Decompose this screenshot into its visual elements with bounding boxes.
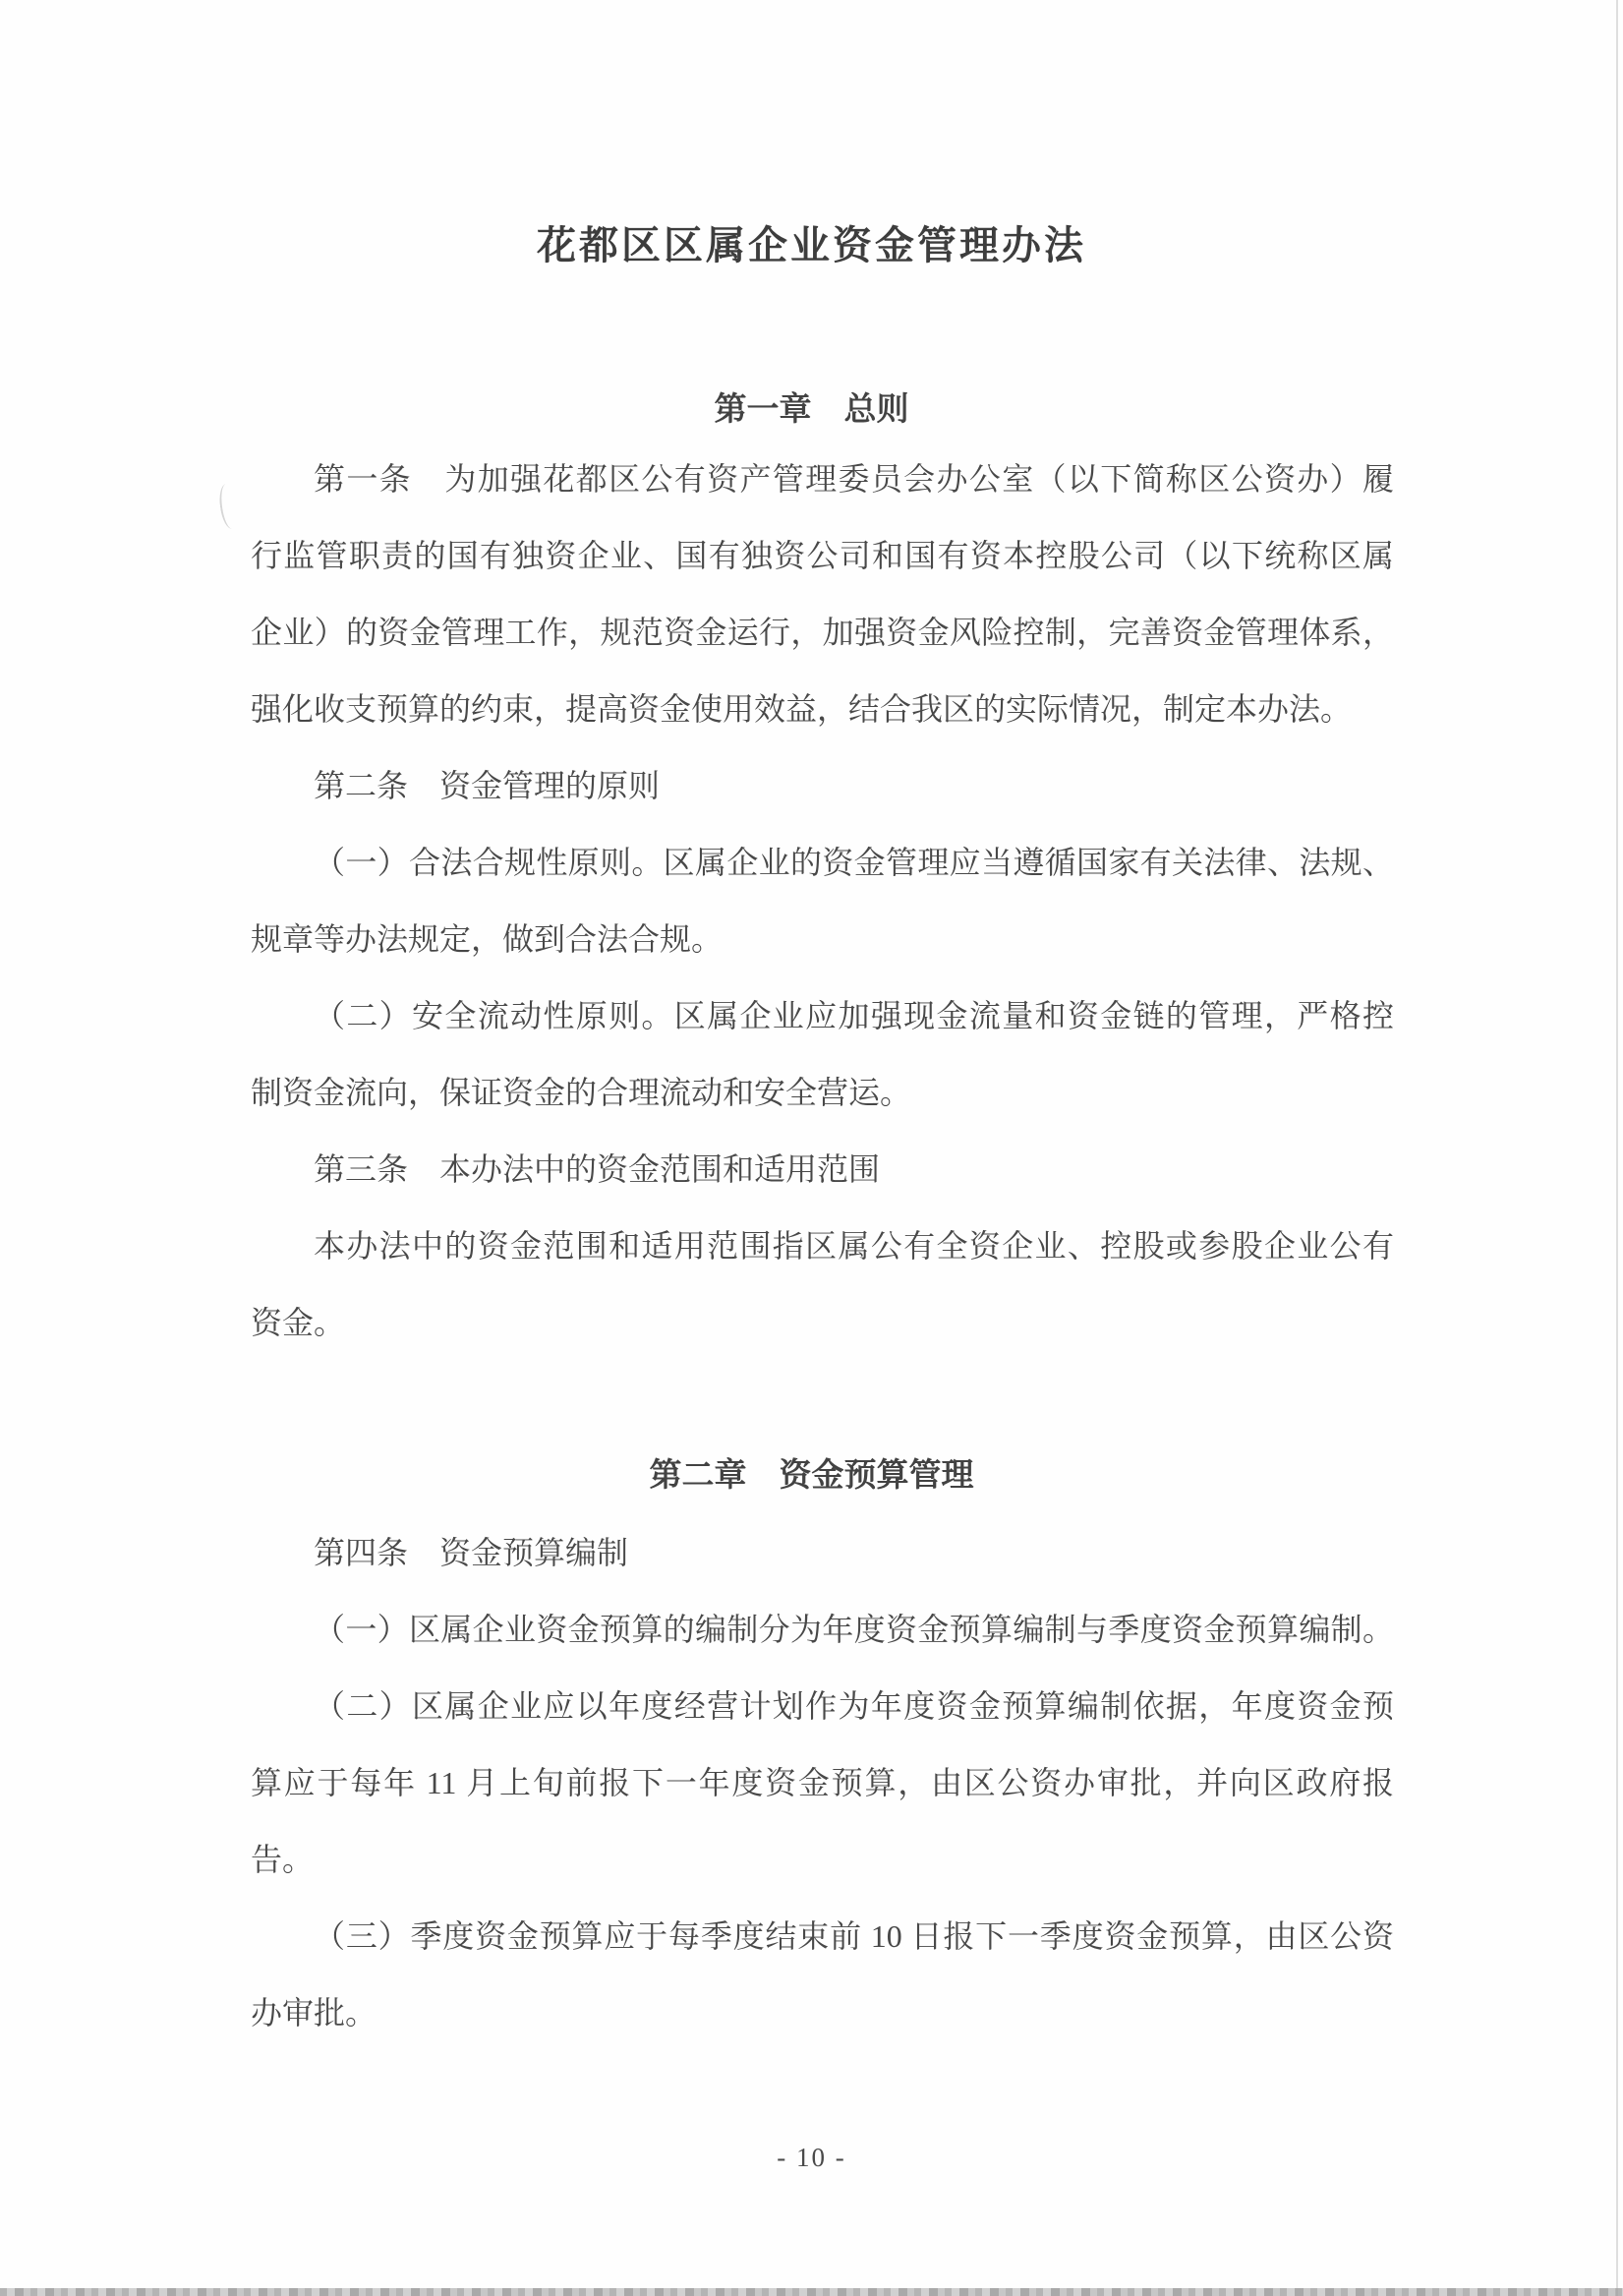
text-line: 本办法中的资金范围和适用范围指区属公有全资企业、控股或参股企业公有 xyxy=(251,1207,1394,1284)
text-line: 办审批。 xyxy=(251,1974,1394,2051)
scan-smudge-artifact xyxy=(217,483,241,530)
text-line: 算应于每年 11 月上旬前报下一年度资金预算，由区公资办审批，并向区政府报 xyxy=(251,1744,1394,1821)
text-line: 第三条 本办法中的资金范围和适用范围 xyxy=(251,1131,1394,1207)
text-line: 第一条 为加强花都区公有资产管理委员会办公室（以下简称区公资办）履 xyxy=(251,441,1394,517)
scan-edge-artifact xyxy=(1616,0,1618,2296)
text-line: 规章等办法规定，做到合法合规。 xyxy=(251,901,1394,977)
text-line: 第四条 资金预算编制 xyxy=(251,1514,1394,1591)
document-title: 花都区区属企业资金管理办法 xyxy=(0,218,1623,273)
text-line: （一）合法合规性原则。区属企业的资金管理应当遵循国家有关法律、法规、 xyxy=(251,824,1394,901)
text-line: （三）季度资金预算应于每季度结束前 10 日报下一季度资金预算，由区公资 xyxy=(251,1898,1394,1974)
text-line: 告。 xyxy=(251,1821,1394,1898)
document-page: 花都区区属企业资金管理办法 第一章 总则 第一条 为加强花都区公有资产管理委员会… xyxy=(0,0,1623,2296)
text-line: 第二条 资金管理的原则 xyxy=(251,747,1394,824)
text-line: 强化收支预算的约束，提高资金使用效益，结合我区的实际情况，制定本办法。 xyxy=(251,671,1394,747)
text-line: 制资金流向，保证资金的合理流动和安全营运。 xyxy=(251,1054,1394,1131)
text-line: 企业）的资金管理工作，规范资金运行，加强资金风险控制，完善资金管理体系， xyxy=(251,594,1394,671)
page-number: - 10 - xyxy=(0,2140,1623,2175)
chapter-2-heading: 第二章 资金预算管理 xyxy=(0,1452,1623,1500)
text-line: （二）安全流动性原则。区属企业应加强现金流量和资金链的管理，严格控 xyxy=(251,977,1394,1054)
scan-bottom-artifact xyxy=(0,2288,1623,2296)
text-line: （二）区属企业应以年度经营计划作为年度资金预算编制依据，年度资金预 xyxy=(251,1668,1394,1744)
chapter-1-heading: 第一章 总则 xyxy=(0,386,1623,434)
text-line: 行监管职责的国有独资企业、国有独资公司和国有资本控股公司（以下统称区属 xyxy=(251,517,1394,594)
text-line: 资金。 xyxy=(251,1284,1394,1361)
text-line: （一）区属企业资金预算的编制分为年度资金预算编制与季度资金预算编制。 xyxy=(251,1591,1394,1668)
